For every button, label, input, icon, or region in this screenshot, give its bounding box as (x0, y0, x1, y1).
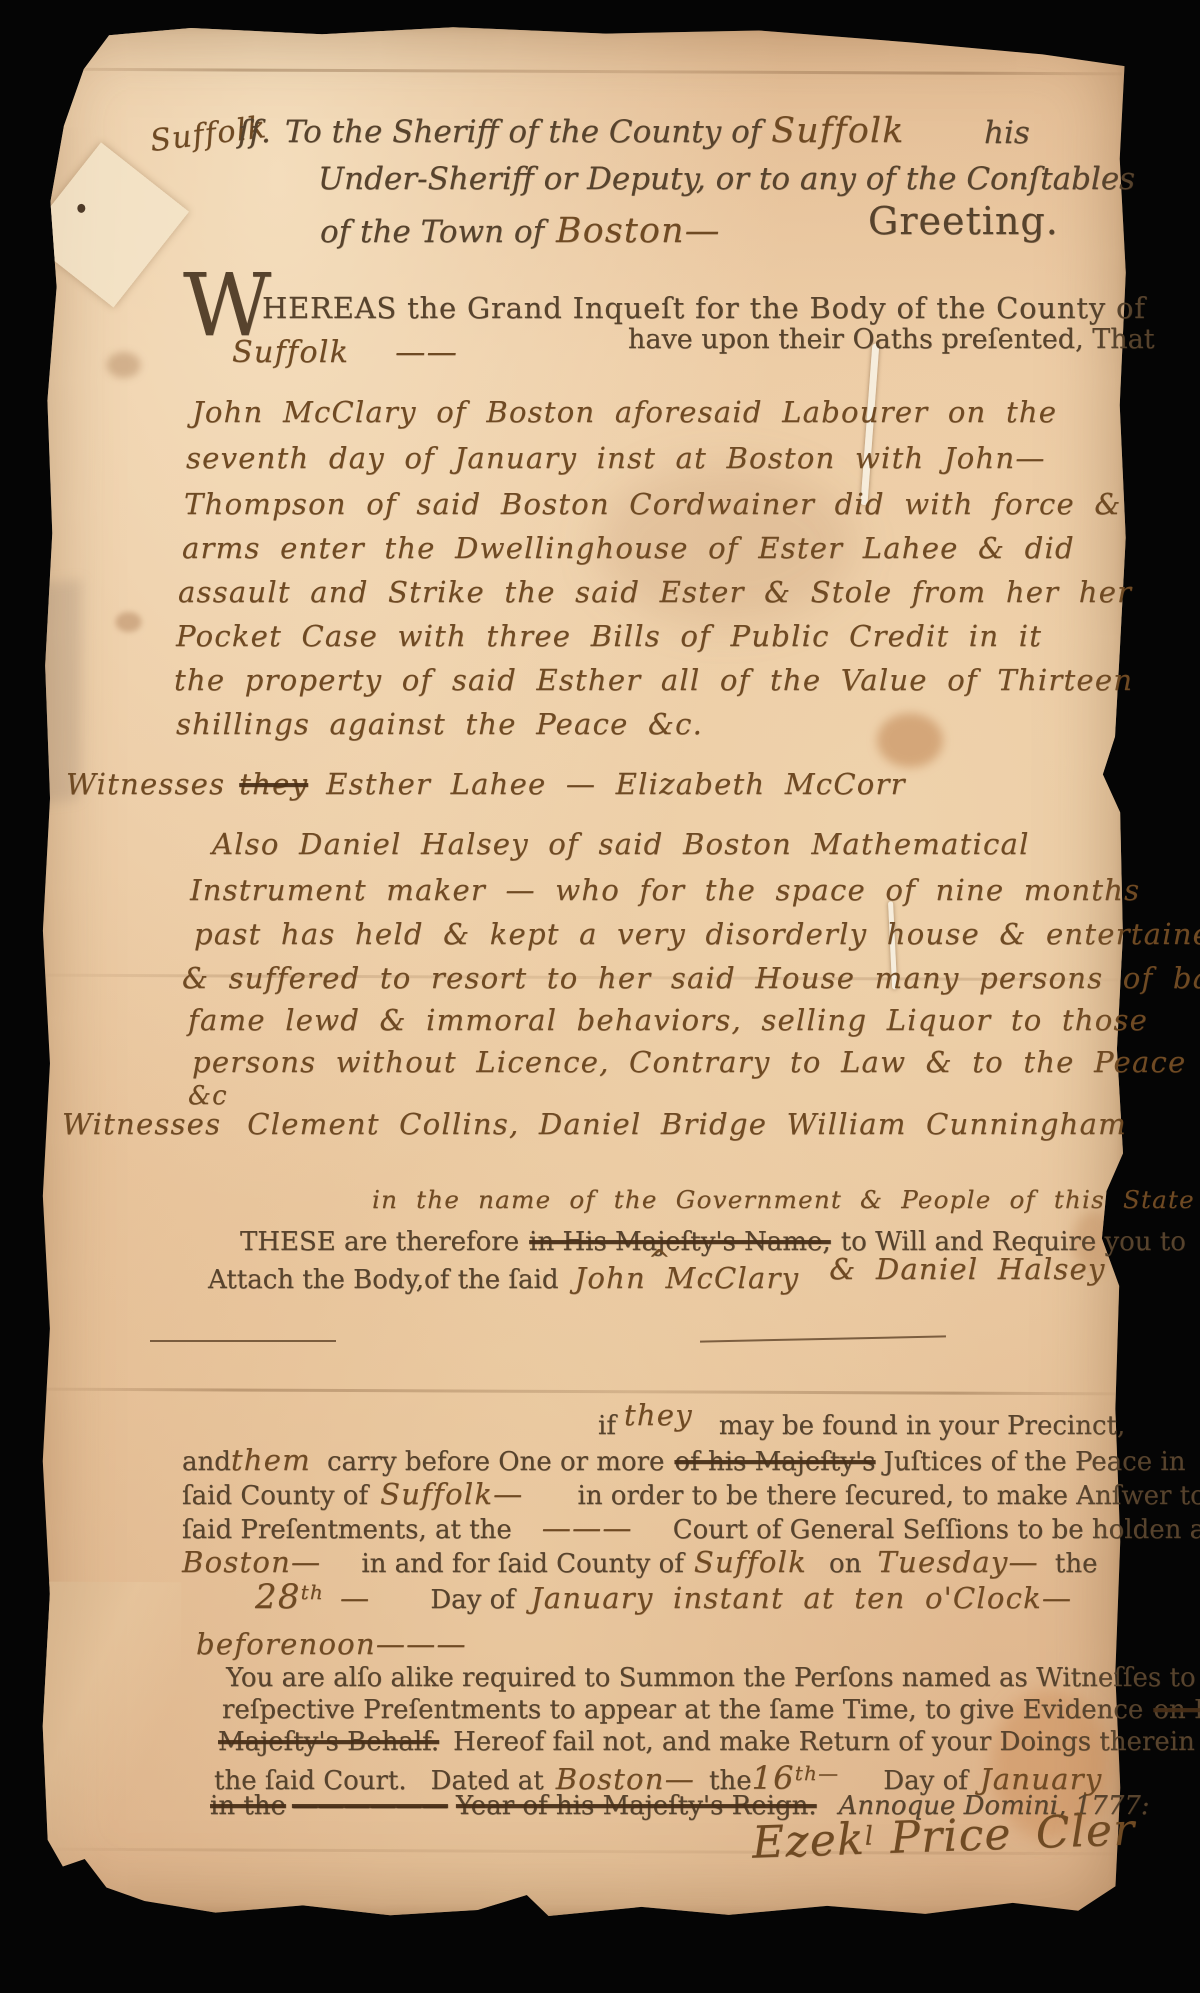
text-segment: may be found in your Precinct, (719, 1412, 1125, 1442)
hereof-fail-not-line: Majeſty's Behalf.Hereof fail not, and ma… (218, 1728, 1200, 1758)
text-segment: Under-Sheriff or Deputy, or to any of th… (318, 162, 1135, 198)
greeting-text: Greeting. (868, 200, 1059, 244)
beforenoon-line: beforenoon——— (196, 1628, 467, 1662)
interlined-state-authority: in the name of the Government & People o… (372, 1186, 1195, 1214)
text-segment: th— (795, 1762, 840, 1785)
text-segment: arms enter the Dwellinghouse of Ester La… (182, 532, 1075, 565)
text-segment: Majeſty's Behalf. (218, 1728, 439, 1758)
text-segment: Suffolk (694, 1546, 807, 1579)
text-segment: on (829, 1550, 861, 1580)
text-segment: in and for ſaid County of (361, 1550, 684, 1580)
text-segment: Day of (430, 1586, 515, 1616)
text-segment: Suffolk (232, 336, 349, 371)
text-segment: & suffered to resort to her said House m… (182, 962, 1200, 995)
presentment2-line: Also Daniel Halsey of said Boston Mathem… (212, 828, 1030, 862)
text-segment: persons without Licence, Contrary to Law… (192, 1046, 1186, 1079)
drop-cap-initial: W (183, 272, 271, 341)
text-segment: Ezek (751, 1815, 866, 1870)
text-segment: —— (395, 336, 458, 371)
presentment1-line: the property of said Esther all of the V… (174, 664, 1133, 698)
presentment1-line: assault and Strike the said Ester & Stol… (178, 576, 1132, 610)
text-segment: in the (210, 1792, 286, 1822)
header-line-1: ſſ.To the Sheriff of the County ofSuffol… (238, 112, 905, 152)
text-segment: THESE are therefore (240, 1228, 519, 1258)
text-segment: Also Daniel Halsey of said Boston Mathem… (212, 828, 1030, 861)
text-segment: ——— (542, 1512, 633, 1545)
text-segment: Boston— (556, 212, 721, 252)
text-segment: fame lewd & immoral behaviors, selling L… (188, 1004, 1148, 1037)
text-segment: beforenoon——— (196, 1628, 467, 1661)
paper-crease (44, 68, 1122, 76)
presentment2-line: past has held & kept a very disorderly h… (194, 918, 1200, 952)
text-segment: Tuesday— (877, 1546, 1038, 1579)
text-segment: January instant at ten o'Clock— (531, 1582, 1072, 1615)
text-segment: the property of said Esther all of the V… (174, 664, 1133, 697)
stain (107, 352, 141, 378)
summon-witnesses-line: You are alſo alike required to Summon th… (226, 1664, 1200, 1694)
text-segment: Boston— (182, 1546, 321, 1579)
text-segment: Witnesses (66, 768, 225, 801)
text-segment: past has held & kept a very disorderly h… (194, 918, 1200, 951)
text-segment: in order to be there ſecured, to make An… (577, 1482, 1200, 1512)
photograph-of-historical-document: { "colors":{"background":"#050505","pape… (0, 0, 1200, 1993)
text-segment: HEREAS the Grand Inqueſt for the Body of… (262, 292, 1146, 325)
pen-rule (150, 1340, 336, 1342)
text-segment: Pocket Case with three Bills of Public C… (176, 620, 1042, 653)
text-segment: Juſtices of the Peace in (883, 1448, 1185, 1478)
folded-corner (30, 1582, 181, 1917)
text-segment: Hereof fail not, and make Return of your… (453, 1728, 1200, 1758)
stain (877, 713, 943, 767)
paper-patch (26, 142, 189, 307)
presentment1-line: Thompson of said Boston Cordwainer did w… (184, 488, 1121, 522)
text-segment: 28 (255, 1578, 301, 1617)
text-segment: reſpective Preſentments to appear at the… (222, 1696, 1143, 1726)
presentment2-line: persons without Licence, Contrary to Law… (192, 1046, 1186, 1080)
handwritten-county-fill: Suffolk—— (232, 336, 458, 371)
text-segment: on His (1153, 1696, 1200, 1726)
text-segment: Esther Lahee — Elizabeth McCorr (326, 768, 906, 801)
presentment1-line: John McClary of Boston aforesaid Laboure… (192, 396, 1057, 430)
presentment1-line: shillings against the Peace &c. (176, 708, 703, 742)
give-evidence-line: reſpective Preſentments to appear at the… (222, 1696, 1200, 1726)
text-segment: them (231, 1444, 311, 1477)
text-segment: John McClary of Boston aforesaid Laboure… (192, 396, 1057, 429)
general-sessions-line: ſaid Preſentments, at the———Court of Gen… (182, 1512, 1200, 1546)
text-segment: Court of General Seſſions to be holden a… (673, 1516, 1200, 1546)
whereas-line-2: have upon their Oaths preſented, That (628, 324, 1155, 355)
text-segment: shillings against the Peace &c. (176, 708, 703, 741)
text-segment: Clement Collins, Daniel Bridge William C… (247, 1108, 1127, 1141)
text-segment: ſaid Preſentments, at the (182, 1516, 512, 1546)
text-segment: & Daniel Halsey (829, 1253, 1105, 1286)
text-segment: W (183, 272, 271, 341)
text-segment: ſaid County of (182, 1482, 368, 1512)
text-segment: and (182, 1448, 231, 1478)
text-segment: in the name of the Government & People o… (372, 1186, 1195, 1214)
text-segment: Attach the Body,of the ſaid (208, 1266, 559, 1296)
presentment1-line: Pocket Case with three Bills of Public C… (176, 620, 1042, 654)
text-segment: —————— (292, 1792, 448, 1822)
text-segment: John McClary (575, 1262, 800, 1295)
presentment1-line: arms enter the Dwellinghouse of Ester La… (182, 532, 1075, 566)
text-segment: Suffolk (771, 112, 904, 152)
text-segment: ſſ. (238, 115, 271, 151)
witnesses-line-1: WitnessestheyEsther Lahee — Elizabeth Mc… (66, 768, 906, 802)
text-segment: in His Majeſty's Name, (529, 1228, 831, 1258)
text-segment: Thompson of said Boston Cordwainer did w… (184, 488, 1121, 521)
presentment2-line: fame lewd & immoral behaviors, selling L… (188, 1004, 1148, 1038)
text-segment: l (864, 1822, 875, 1852)
text-segment: his (984, 116, 1030, 152)
presentment1-line: seventh day of January inst at Boston wi… (186, 442, 1046, 476)
header-line-3: of the Town ofBoston— (320, 212, 721, 252)
stain (115, 612, 141, 632)
text-segment: Greeting. (868, 200, 1059, 244)
header-line-2: Under-Sheriff or Deputy, or to any of th… (318, 162, 1135, 198)
header-his: his (984, 116, 1030, 152)
carry-before-line: andthemcarry before One or moreof his Ma… (182, 1444, 1185, 1478)
text-segment: th (301, 1581, 324, 1604)
paper-crease (38, 1388, 1116, 1396)
whereas-line-1: HEREAS the Grand Inqueſt for the Body of… (262, 292, 1146, 325)
text-segment: of the Town of (320, 215, 544, 251)
text-segment: Suffolk— (380, 1478, 523, 1511)
text-segment: To the Sheriff of the County of (285, 115, 761, 151)
attach-the-body-line: Attach the Body,of the ſaidJohn McClary&… (208, 1262, 1106, 1296)
presentment2-line: Instrument maker — who for the space of … (190, 874, 1140, 908)
text-segment: they (239, 768, 308, 801)
text-segment: of his Majeſty's (674, 1448, 875, 1478)
boston-county-line: Boston—in and for ſaid County ofSuffolko… (182, 1546, 1097, 1580)
county-secured-line: ſaid County ofSuffolk—in order to be the… (182, 1478, 1200, 1512)
text-segment: if (598, 1412, 616, 1442)
text-segment: they (624, 1399, 693, 1432)
text-segment: the (1055, 1550, 1098, 1580)
witnesses-line-2: WitnessesClement Collins, Daniel Bridge … (62, 1108, 1127, 1142)
day-of-january-line: 28th—Day ofJanuary instant at ten o'Cloc… (255, 1578, 1072, 1617)
text-segment: seventh day of January inst at Boston wi… (186, 442, 1046, 475)
text-segment: You are alſo alike required to Summon th… (226, 1664, 1200, 1694)
text-segment: have upon their Oaths preſented, That (628, 324, 1155, 355)
presentment2-line: & suffered to resort to her said House m… (182, 962, 1200, 996)
text-segment: assault and Strike the said Ester & Stol… (178, 576, 1132, 609)
text-segment: carry before One or more (327, 1448, 664, 1478)
ink-spot (77, 204, 85, 213)
text-segment: Witnesses (62, 1108, 221, 1141)
text-segment: Price Cler (889, 1805, 1136, 1864)
text-segment: Instrument maker — who for the space of … (190, 874, 1140, 907)
text-segment: — (340, 1582, 370, 1615)
precinct-line: iftheymay be found in your Precinct, (598, 1408, 1125, 1442)
